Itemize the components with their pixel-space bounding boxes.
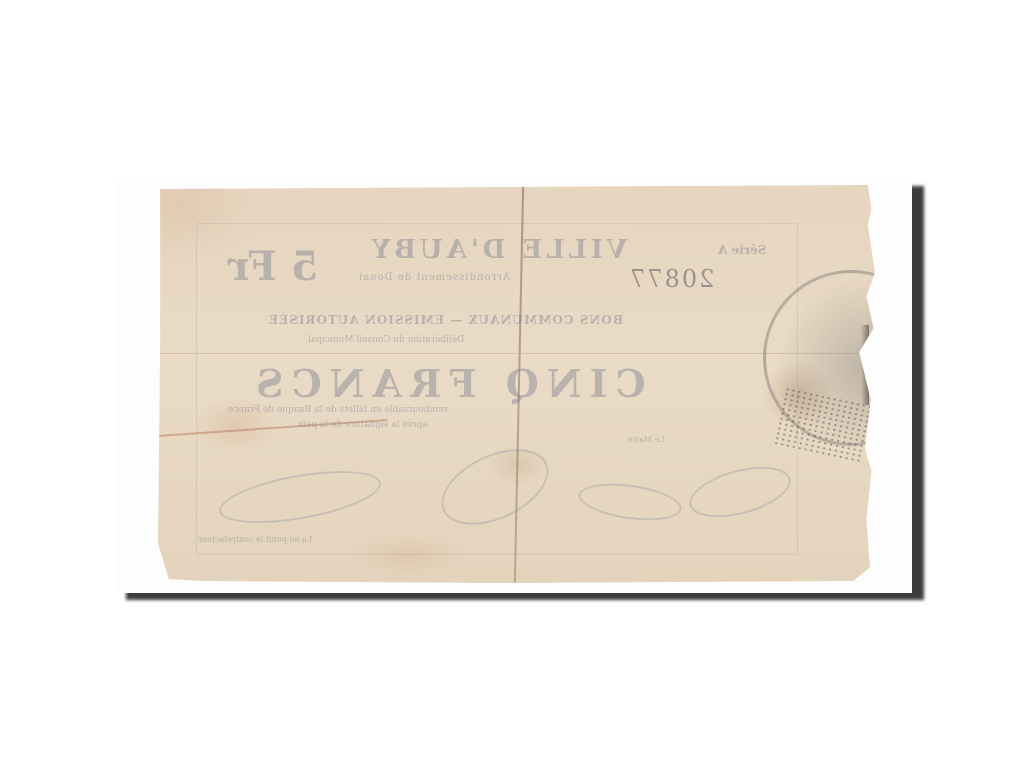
banknote-line-1: BONS COMMUNAUX — EMISSION AUTORISÉE xyxy=(268,313,623,327)
banknote-line-3: remboursable en billets de la Banque de … xyxy=(228,405,448,415)
banknote-subtitle: Arrondissement de Douai xyxy=(358,272,510,283)
serial-number: 20877 xyxy=(628,265,714,293)
denomination-mark: 5 Fr xyxy=(228,243,319,290)
series-label: Série A xyxy=(718,243,766,257)
banknote-title: VILLE D'AUBY xyxy=(368,235,627,265)
mayor-label: Le Maire xyxy=(628,435,665,444)
banknote-line-2: Délibération du Conseil Municipal xyxy=(308,335,464,345)
banknote-line-4: après la signature de la paix xyxy=(298,420,428,430)
amount-text: CINQ FRANCS xyxy=(248,361,646,406)
footer-warning: La loi punit le contrefacteur xyxy=(198,535,312,544)
banknote: VILLE D'AUBY Arrondissement de Douai 5 F… xyxy=(158,185,875,583)
